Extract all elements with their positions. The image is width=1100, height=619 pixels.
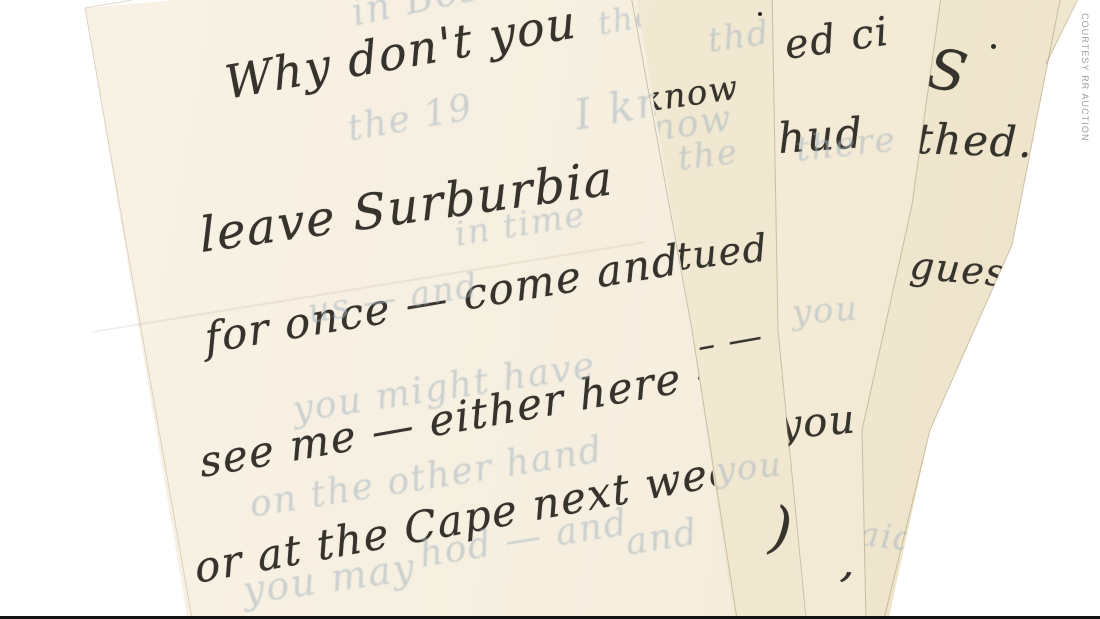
ink-fragment: you <box>777 399 857 446</box>
photo-credit: COURTESY RR AUCTION <box>1080 13 1090 142</box>
ink-fragment: – — <box>695 319 766 364</box>
bleed-fragment: thd <box>706 15 773 57</box>
ink-dot <box>991 44 996 49</box>
bleed-fragment: the 19 <box>345 90 476 148</box>
ink-fragment: thed. <box>915 118 1034 164</box>
bleed-fragment: you <box>714 447 784 488</box>
ink-fragment: gues <box>908 246 1008 292</box>
ink-fragment: , <box>839 540 861 586</box>
letter-photo: S thed. gues said ed ci hud you , there … <box>0 0 1100 619</box>
ink-fragment: tued <box>674 228 770 275</box>
ink-dot <box>758 12 762 16</box>
bleed-fragment: there <box>794 123 898 167</box>
bleed-fragment: the <box>676 135 740 176</box>
ink-fragment: ed ci <box>782 12 892 66</box>
ink-fragment: ) <box>768 500 797 558</box>
bleed-fragment: and <box>623 515 701 562</box>
bleed-fragment: you <box>791 291 860 330</box>
